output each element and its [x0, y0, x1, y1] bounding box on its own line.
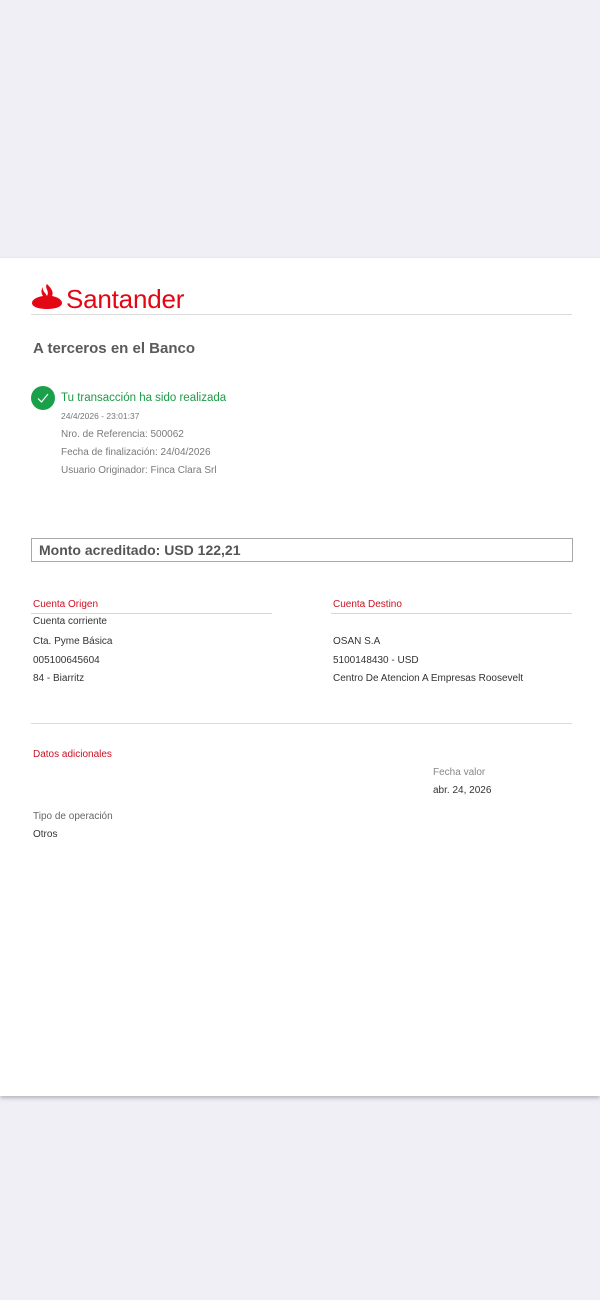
destination-holder: OSAN S.A [333, 636, 380, 647]
destination-account-number: 5100148430 - USD [333, 655, 419, 666]
origin-branch: 84 - Biarritz [33, 673, 84, 684]
completion-date: Fecha de finalización: 24/04/2026 [61, 447, 211, 458]
destination-branch: Centro De Atencion A Empresas Roosevelt [333, 673, 523, 684]
amount-text: Monto acreditado: USD 122,21 [39, 542, 241, 558]
origin-account-number: 005100645604 [33, 655, 100, 666]
origin-account-type: Cuenta corriente [33, 616, 107, 627]
origin-divider [31, 613, 272, 614]
originator-user: Usuario Originador: Finca Clara Srl [61, 465, 217, 476]
status-timestamp: 24/4/2026 - 23:01:37 [61, 411, 139, 421]
brand-name: Santander [66, 284, 184, 314]
destination-divider [331, 613, 572, 614]
operation-type-label: Tipo de operación [33, 811, 113, 822]
amount-credited: Monto acreditado: USD 122,21 [31, 538, 573, 562]
header-divider [31, 314, 572, 315]
origin-heading: Cuenta Origen [33, 599, 98, 610]
santander-flame-icon [31, 282, 63, 315]
reference-number: Nro. de Referencia: 500062 [61, 429, 184, 440]
origin-product: Cta. Pyme Básica [33, 636, 112, 647]
value-date-label: Fecha valor [433, 767, 485, 778]
santander-logo: Santander [31, 282, 184, 315]
page-title: A terceros en el Banco [33, 340, 195, 357]
value-date: abr. 24, 2026 [433, 785, 491, 796]
section-divider [31, 723, 572, 724]
status-message: Tu transacción ha sido realizada [61, 392, 226, 404]
check-circle-icon [31, 386, 55, 410]
additional-heading: Datos adicionales [33, 749, 112, 760]
destination-heading: Cuenta Destino [333, 599, 402, 610]
operation-type: Otros [33, 829, 57, 840]
